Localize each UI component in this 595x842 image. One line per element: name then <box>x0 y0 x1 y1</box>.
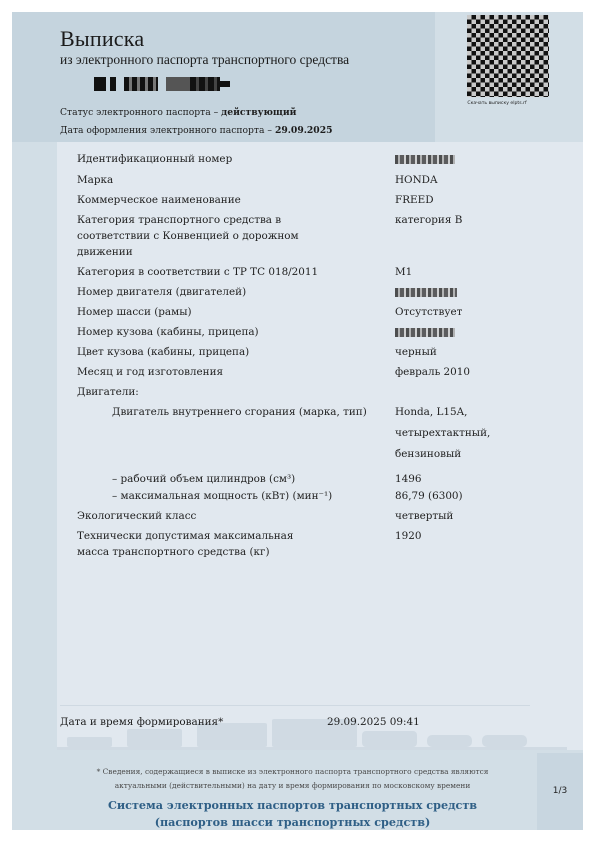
passport-issue-date: Дата оформления электронного паспорта – … <box>60 125 332 136</box>
row-value: Honda, L15A,четырехтактный,бензиновый <box>395 402 575 465</box>
row-label: Двигатель внутреннего сгорания (марка, т… <box>112 404 372 420</box>
redacted-value <box>395 155 455 164</box>
row-value: HONDA <box>395 172 575 188</box>
row-label: Номер двигателя (двигателей) <box>77 284 362 300</box>
status-value: действующий <box>221 107 296 118</box>
row-value <box>395 324 575 340</box>
row-value: FREED <box>395 192 575 208</box>
row-value: 86,79 (6300) <box>395 488 575 504</box>
row-value <box>395 284 575 300</box>
header-panel: Выписка из электронного паспорта транспо… <box>12 12 435 142</box>
row-label: Технически допустимая максимальная масса… <box>77 528 327 560</box>
row-value: категория B <box>395 212 575 228</box>
row-label: Месяц и год изготовления <box>77 364 362 380</box>
passport-status: Статус электронного паспорта – действующ… <box>60 107 296 118</box>
row-value: февраль 2010 <box>395 364 575 380</box>
row-label: Категория в соответствии с ТР ТС 018/201… <box>77 264 362 280</box>
footer-note: * Сведения, содержащиеся в выписке из эл… <box>60 765 525 793</box>
qr-code[interactable] <box>467 15 549 97</box>
row-label: Двигатели: <box>77 384 362 400</box>
redacted-value <box>395 288 457 297</box>
row-label: Экологический класс <box>77 508 362 524</box>
page-number: 1/3 <box>537 786 583 796</box>
row-value: M1 <box>395 264 575 280</box>
page-number-box: 1/3 <box>537 753 583 830</box>
issue-date-value: 29.09.2025 <box>275 125 333 136</box>
generation-datetime-value: 29.09.2025 09:41 <box>327 716 420 728</box>
row-value <box>395 151 575 167</box>
row-label: – максимальная мощность (кВт) (мин⁻¹) <box>112 488 372 504</box>
row-value: 1920 <box>395 528 575 544</box>
qr-caption: Скачать выписку elpts.rf <box>442 101 552 106</box>
row-value: черный <box>395 344 575 360</box>
row-label: Номер кузова (кабины, прицепа) <box>77 324 362 340</box>
row-value: Отсутствует <box>395 304 575 320</box>
page-subtitle: из электронного паспорта транспортного с… <box>60 52 349 68</box>
generation-datetime-label: Дата и время формирования* <box>60 716 223 728</box>
passport-number-redacted <box>94 74 232 92</box>
page-title: Выписка <box>60 26 144 52</box>
row-label: Идентификационный номер <box>77 151 362 167</box>
row-value: четвертый <box>395 508 575 524</box>
row-label: Марка <box>77 172 362 188</box>
redacted-value <box>395 328 455 337</box>
row-label: – рабочий объем цилиндров (см³) <box>112 471 372 487</box>
row-label: Номер шасси (рамы) <box>77 304 362 320</box>
row-label: Коммерческое наименование <box>77 192 362 208</box>
row-value: 1496 <box>395 471 575 487</box>
row-label: Цвет кузова (кабины, прицепа) <box>77 344 362 360</box>
system-name: Система электронных паспортов транспортн… <box>60 797 525 831</box>
divider <box>60 705 530 706</box>
row-label: Категория транспортного средства в соотв… <box>77 212 307 260</box>
